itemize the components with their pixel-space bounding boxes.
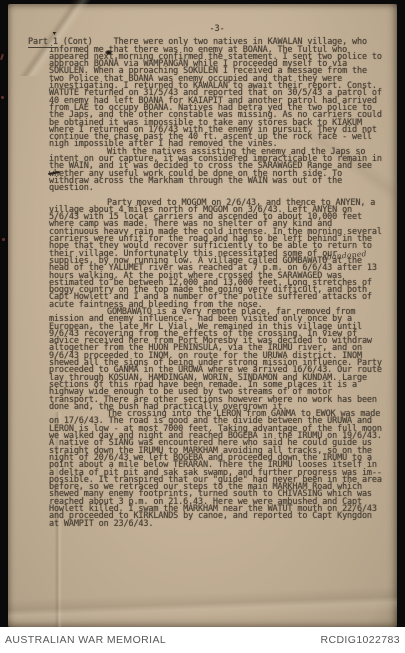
paragraph: With the natives assisting the enemy and… [49,149,385,193]
red-margin-mark [0,54,4,60]
footer-bar: AUSTRALIAN WAR MEMORIAL RCDIG1022783 [0,627,405,653]
scan-viewport: { "colors": { "background": "#0a0a0a", "… [0,0,405,653]
paragraph: GOMBAWATO is a very remote place, far re… [49,309,385,411]
paragraph-text: There were only two natives in KAWALAN v… [49,37,382,149]
record-id-label: RCDIG1022783 [320,634,400,646]
paper-crease [8,582,397,627]
document-page: -3- Part 1 (Cont)There were only two nat… [8,4,397,627]
paragraph: Part 1 (Cont)There were only two natives… [49,39,385,148]
page-number: -3- [49,26,385,33]
paragraph: The crossing into the LERON from GANMA t… [49,411,385,528]
paragraph: Party moved to MOGOM on 2/6/43, and then… [49,200,385,309]
typed-text-block: -3- Part 1 (Cont)There were only two nat… [49,26,385,528]
red-margin-mark [1,96,4,99]
awm-label: AUSTRALIAN WAR MEMORIAL [5,634,166,646]
red-margin-mark [2,238,5,241]
